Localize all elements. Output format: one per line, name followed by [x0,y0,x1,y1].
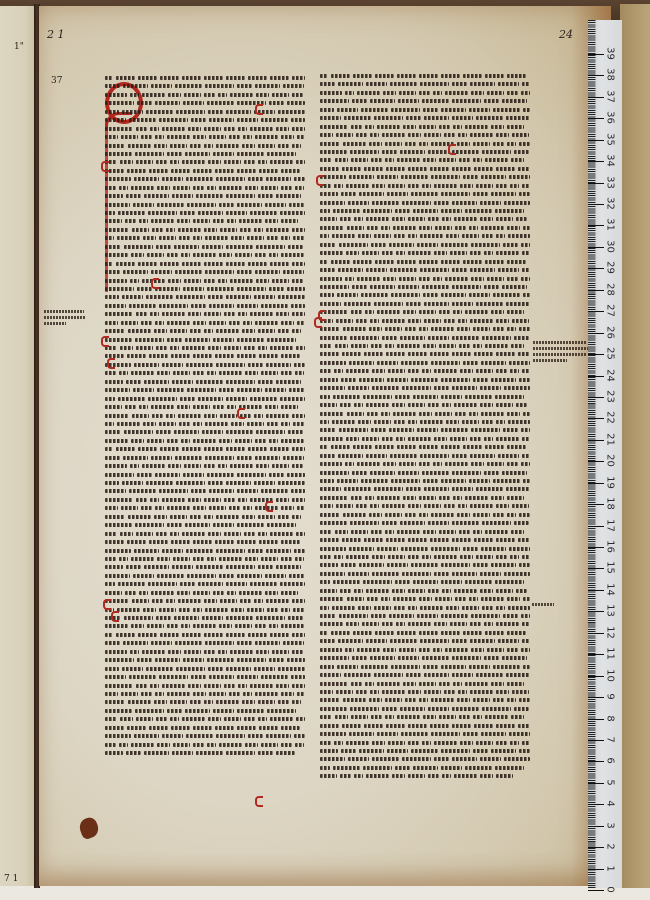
script-line [320,502,530,510]
script-line [320,646,530,654]
script-line [320,485,530,493]
ruler-major-tick [588,804,604,805]
paragraph-mark [151,278,159,289]
ruler-label: 15 [605,560,616,576]
ruler-label: 1 [605,860,616,876]
script-line [320,435,530,443]
ruler-label: 30 [605,238,616,254]
script-line [320,764,530,772]
ruler-label: 35 [605,131,616,147]
script-line [105,277,305,285]
paragraph-mark [103,599,111,610]
text-column-right [320,72,530,781]
ruler-label: 6 [605,753,616,769]
paragraph-mark [255,104,263,115]
ruler-major-tick [588,547,604,548]
script-line [105,639,305,647]
ruler-major-tick [588,397,604,398]
script-line [105,352,305,360]
ruler-label: 34 [605,153,616,169]
script-line [105,665,305,673]
paragraph-mark [101,161,109,172]
ruler-label: 27 [605,303,616,319]
script-line [320,637,530,645]
ruler-major-tick [588,483,604,484]
script-line [105,142,305,150]
ruler-major-tick [588,54,604,55]
script-line [320,604,530,612]
previous-leaf: 1" 7 1 [0,6,36,886]
ruler-major-tick [588,783,604,784]
script-line [320,739,530,747]
script-line [105,395,305,403]
script-line [105,648,305,656]
script-line [320,258,530,266]
script-line [105,302,305,310]
script-line [320,308,530,316]
script-line [105,369,305,377]
script-line [105,175,305,183]
script-line [320,696,530,704]
ruler-label: 29 [605,260,616,276]
script-line [105,91,305,99]
script-line [105,319,305,327]
script-line [105,622,305,630]
script-line [105,547,305,555]
script-line [105,378,305,386]
script-line [320,283,530,291]
script-line [320,477,530,485]
script-line [105,386,305,394]
script-line [320,511,530,519]
ruler-major-tick [588,826,604,827]
script-line [320,156,530,164]
script-line [105,226,305,234]
script-line [105,327,305,335]
script-line [320,747,530,755]
ruler-label: 37 [605,88,616,104]
script-line [105,403,305,411]
ruler-major-tick [588,183,604,184]
script-line [320,114,530,122]
script-line [320,426,530,434]
foliation-right: 24 [559,28,573,41]
ruler-label: 18 [605,496,616,512]
ruler-major-tick [588,225,604,226]
script-line [320,393,530,401]
script-line [320,570,530,578]
ruler-major-tick [588,354,604,355]
script-line [320,671,530,679]
ruler-label: 13 [605,603,616,619]
ruler-major-tick [588,847,604,848]
ruler-label: 38 [605,67,616,83]
script-line [320,452,530,460]
script-line [320,376,530,384]
script-line [105,631,305,639]
script-line [105,732,305,740]
script-line [105,108,305,116]
paragraph-mark [237,408,245,419]
parchment-hole [77,816,101,841]
script-line [320,680,530,688]
ruler-major-tick [588,333,604,334]
ruler-major-tick [588,418,604,419]
script-line [320,148,530,156]
ruler-major-tick [588,440,604,441]
ruler-major-tick [588,590,604,591]
ruler-major-tick [588,633,604,634]
script-line [105,656,305,664]
script-line [320,713,530,721]
ruler-ticks [588,20,602,888]
script-line [105,260,305,268]
script-line [320,173,530,181]
paragraph-mark [255,796,263,807]
margin-note-right [533,338,589,365]
script-line [320,224,530,232]
script-line [320,325,530,333]
script-line [320,350,530,358]
script-line [105,479,305,487]
ruler-major-tick [588,75,604,76]
ruler-major-tick [588,97,604,98]
script-line [105,158,305,166]
script-line [105,538,305,546]
paragraph-mark [111,611,119,622]
paragraph-mark [314,317,322,328]
script-line [320,536,530,544]
script-line [105,217,305,225]
paragraph-mark [265,501,273,512]
script-line [105,580,305,588]
script-line [105,724,305,732]
script-line [320,190,530,198]
script-line [320,334,530,342]
script-line [320,654,530,662]
script-line [105,741,305,749]
script-line [320,410,530,418]
scale-ruler: 3938373635343332313029282726252423222120… [588,20,622,888]
ruler-label: 32 [605,196,616,212]
script-line [105,192,305,200]
script-line [320,460,530,468]
margin-note-left [44,307,86,328]
script-line [320,232,530,240]
script-line [320,291,530,299]
script-line [320,722,530,730]
script-line [105,310,305,318]
script-line [105,504,305,512]
ruler-label: 28 [605,281,616,297]
ruler-label: 0 [605,882,616,898]
script-line [320,663,530,671]
script-line [320,528,530,536]
ruler-major-tick [588,204,604,205]
ruler-label: 22 [605,410,616,426]
ruler-label: 20 [605,453,616,469]
script-line [105,471,305,479]
ruler-major-tick [588,461,604,462]
ruler-label: 23 [605,388,616,404]
script-line [320,300,530,308]
script-line [105,437,305,445]
script-line [320,89,530,97]
ruler-major-tick [588,761,604,762]
script-line [105,293,305,301]
script-line [320,730,530,738]
script-line [320,755,530,763]
script-line [105,243,305,251]
script-line [105,454,305,462]
script-line [105,462,305,470]
ruler-major-tick [588,568,604,569]
script-line [320,418,530,426]
script-line [105,184,305,192]
script-line [320,140,530,148]
script-line [105,133,305,141]
ruler-major-tick [588,611,604,612]
script-line [320,384,530,392]
ruler-major-tick [588,526,604,527]
script-line [105,673,305,681]
ruler-major-tick [588,654,604,655]
script-line [105,268,305,276]
script-line [105,606,305,614]
ruler-label: 8 [605,710,616,726]
script-line [105,420,305,428]
script-line [320,620,530,628]
script-line [105,125,305,133]
script-line [105,201,305,209]
script-line [320,578,530,586]
script-line [320,561,530,569]
ruler-label: 12 [605,624,616,640]
script-line [320,629,530,637]
script-line [320,553,530,561]
backing-board [620,4,650,888]
ruler-major-tick [588,676,604,677]
script-line [320,688,530,696]
script-line [105,428,305,436]
script-line [320,519,530,527]
ruler-label: 39 [605,46,616,62]
leaf-mark: 7 1 [4,874,18,884]
script-line [320,241,530,249]
script-line [320,443,530,451]
script-line [105,209,305,217]
script-line [105,496,305,504]
ruler-label: 7 [605,731,616,747]
script-line [320,342,530,350]
script-line [105,487,305,495]
manuscript-folio: 2 1 24 37 [39,6,611,886]
script-line [320,772,530,780]
script-line [105,82,305,90]
ruler-label: 5 [605,774,616,790]
ruler-major-tick [588,161,604,162]
script-line [105,530,305,538]
script-line [105,513,305,521]
ruler-major-tick [588,247,604,248]
script-line [320,401,530,409]
script-line [320,705,530,713]
script-line [105,690,305,698]
ruler-label: 11 [605,646,616,662]
script-line [320,249,530,257]
ruler-major-tick [588,268,604,269]
text-column-left [105,74,305,757]
ruler-label: 33 [605,174,616,190]
script-line [320,123,530,131]
ruler-label: 3 [605,817,616,833]
script-line [105,336,305,344]
ruler-major-tick [588,719,604,720]
ruler-major-tick [588,290,604,291]
script-line [320,494,530,502]
script-line [105,698,305,706]
script-line [105,555,305,563]
ruler-major-tick [588,311,604,312]
script-line [320,165,530,173]
script-line [105,521,305,529]
ruler-major-tick [588,140,604,141]
script-line [105,412,305,420]
script-line [105,614,305,622]
ruler-label: 31 [605,217,616,233]
ruler-label: 4 [605,796,616,812]
foliation-left: 2 1 [47,28,65,41]
script-line [320,275,530,283]
script-line [320,595,530,603]
script-line [320,469,530,477]
script-line [105,715,305,723]
script-line [320,182,530,190]
script-line [105,99,305,107]
table-surface [0,886,650,900]
script-line [105,361,305,369]
script-line [105,597,305,605]
script-line [320,266,530,274]
script-line [105,344,305,352]
script-line [320,72,530,80]
script-line [320,207,530,215]
script-line [105,251,305,259]
paragraph-mark [448,144,456,155]
script-line [320,80,530,88]
ruler-label: 36 [605,110,616,126]
margin-note-right-lower [532,600,554,609]
ruler-major-tick [588,504,604,505]
script-line [320,545,530,553]
ruler-label: 25 [605,346,616,362]
script-line [105,445,305,453]
script-line [320,199,530,207]
script-line [320,106,530,114]
line-number: 37 [51,76,62,86]
paragraph-mark [101,336,109,347]
ruler-label: 9 [605,689,616,705]
leaf-mark: 1" [14,42,24,52]
script-line [105,234,305,242]
ruler-major-tick [588,376,604,377]
ruler-label: 24 [605,367,616,383]
ruler-major-tick [588,118,604,119]
script-line [105,749,305,757]
ruler-label: 19 [605,474,616,490]
ruler-label: 26 [605,324,616,340]
script-line [320,367,530,375]
script-line [320,587,530,595]
script-line [105,150,305,158]
ruler-label: 14 [605,581,616,597]
script-line [105,707,305,715]
script-line [320,612,530,620]
ruler-major-tick [588,869,604,870]
ruler-major-tick [588,740,604,741]
script-line [105,589,305,597]
script-line [105,682,305,690]
script-line [105,285,305,293]
ruler-label: 10 [605,667,616,683]
script-line [320,317,530,325]
ruler-label: 17 [605,517,616,533]
ruler-major-tick [588,890,604,891]
script-line [105,563,305,571]
script-line [320,215,530,223]
script-line [320,97,530,105]
script-line [320,131,530,139]
paragraph-mark [107,358,115,369]
ruler-label: 2 [605,839,616,855]
ruler-major-tick [588,697,604,698]
script-line [105,116,305,124]
paragraph-mark [316,175,324,186]
script-line [105,572,305,580]
ruler-label: 21 [605,431,616,447]
script-line [105,74,305,82]
script-line [105,167,305,175]
script-line [320,359,530,367]
ruler-label: 16 [605,539,616,555]
